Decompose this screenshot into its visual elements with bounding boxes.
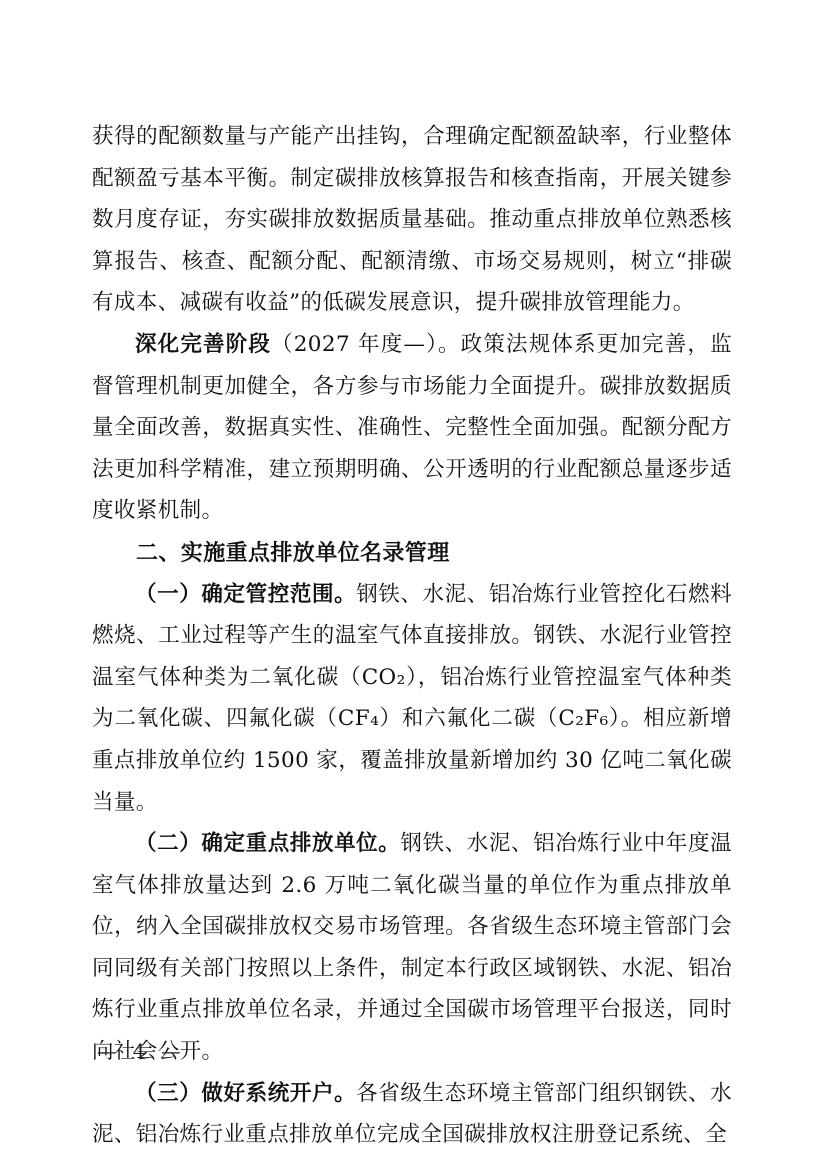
paragraph-text: 钢铁、水泥、铝冶炼行业管控化石燃料燃烧、工业过程等产生的温室气体直接排放。钢铁、… (92, 582, 732, 815)
paragraph-text: 钢铁、水泥、铝冶炼行业中年度温室气体排放量达到 2.6 万吨二氧化碳当量的单位作… (92, 831, 732, 1064)
section-heading: 二、实施重点排放单位名录管理 (92, 532, 732, 574)
paragraph-lead: （二）确定重点排放单位。 (135, 831, 400, 856)
document-body: 获得的配额数量与产能产出挂钩，合理确定配额盈缺率，行业整体配额盈亏基本平衡。制定… (92, 116, 732, 1156)
paragraph: （三）做好系统开户。各省级生态环境主管部门组织钢铁、水泥、铝冶炼行业重点排放单位… (92, 1073, 732, 1156)
paragraph-text: （2027 年度—）。政策法规体系更加完善，监督管理机制更加健全，各方参与市场能… (92, 332, 732, 523)
document-page: 获得的配额数量与产能产出挂钩，合理确定配额盈缺率，行业整体配额盈亏基本平衡。制定… (0, 0, 819, 1168)
paragraph-text: 获得的配额数量与产能产出挂钩，合理确定配额盈缺率，行业整体配额盈亏基本平衡。制定… (92, 124, 732, 315)
paragraph: （二）确定重点排放单位。钢铁、水泥、铝冶炼行业中年度温室气体排放量达到 2.6 … (92, 823, 732, 1073)
paragraph: 获得的配额数量与产能产出挂钩，合理确定配额盈缺率，行业整体配额盈亏基本平衡。制定… (92, 116, 732, 324)
paragraph-lead: 二、实施重点排放单位名录管理 (136, 540, 450, 565)
paragraph-lead: 深化完善阶段 (135, 332, 271, 356)
paragraph-lead: （一）确定管控范围。 (135, 582, 356, 607)
paragraph: （一）确定管控范围。钢铁、水泥、铝冶炼行业管控化石燃料燃烧、工业过程等产生的温室… (92, 574, 732, 824)
paragraph: 深化完善阶段（2027 年度—）。政策法规体系更加完善，监督管理机制更加健全，各… (92, 324, 732, 532)
page-number: — 4 — (97, 1040, 182, 1063)
paragraph-lead: （三）做好系统开户。 (135, 1081, 356, 1106)
